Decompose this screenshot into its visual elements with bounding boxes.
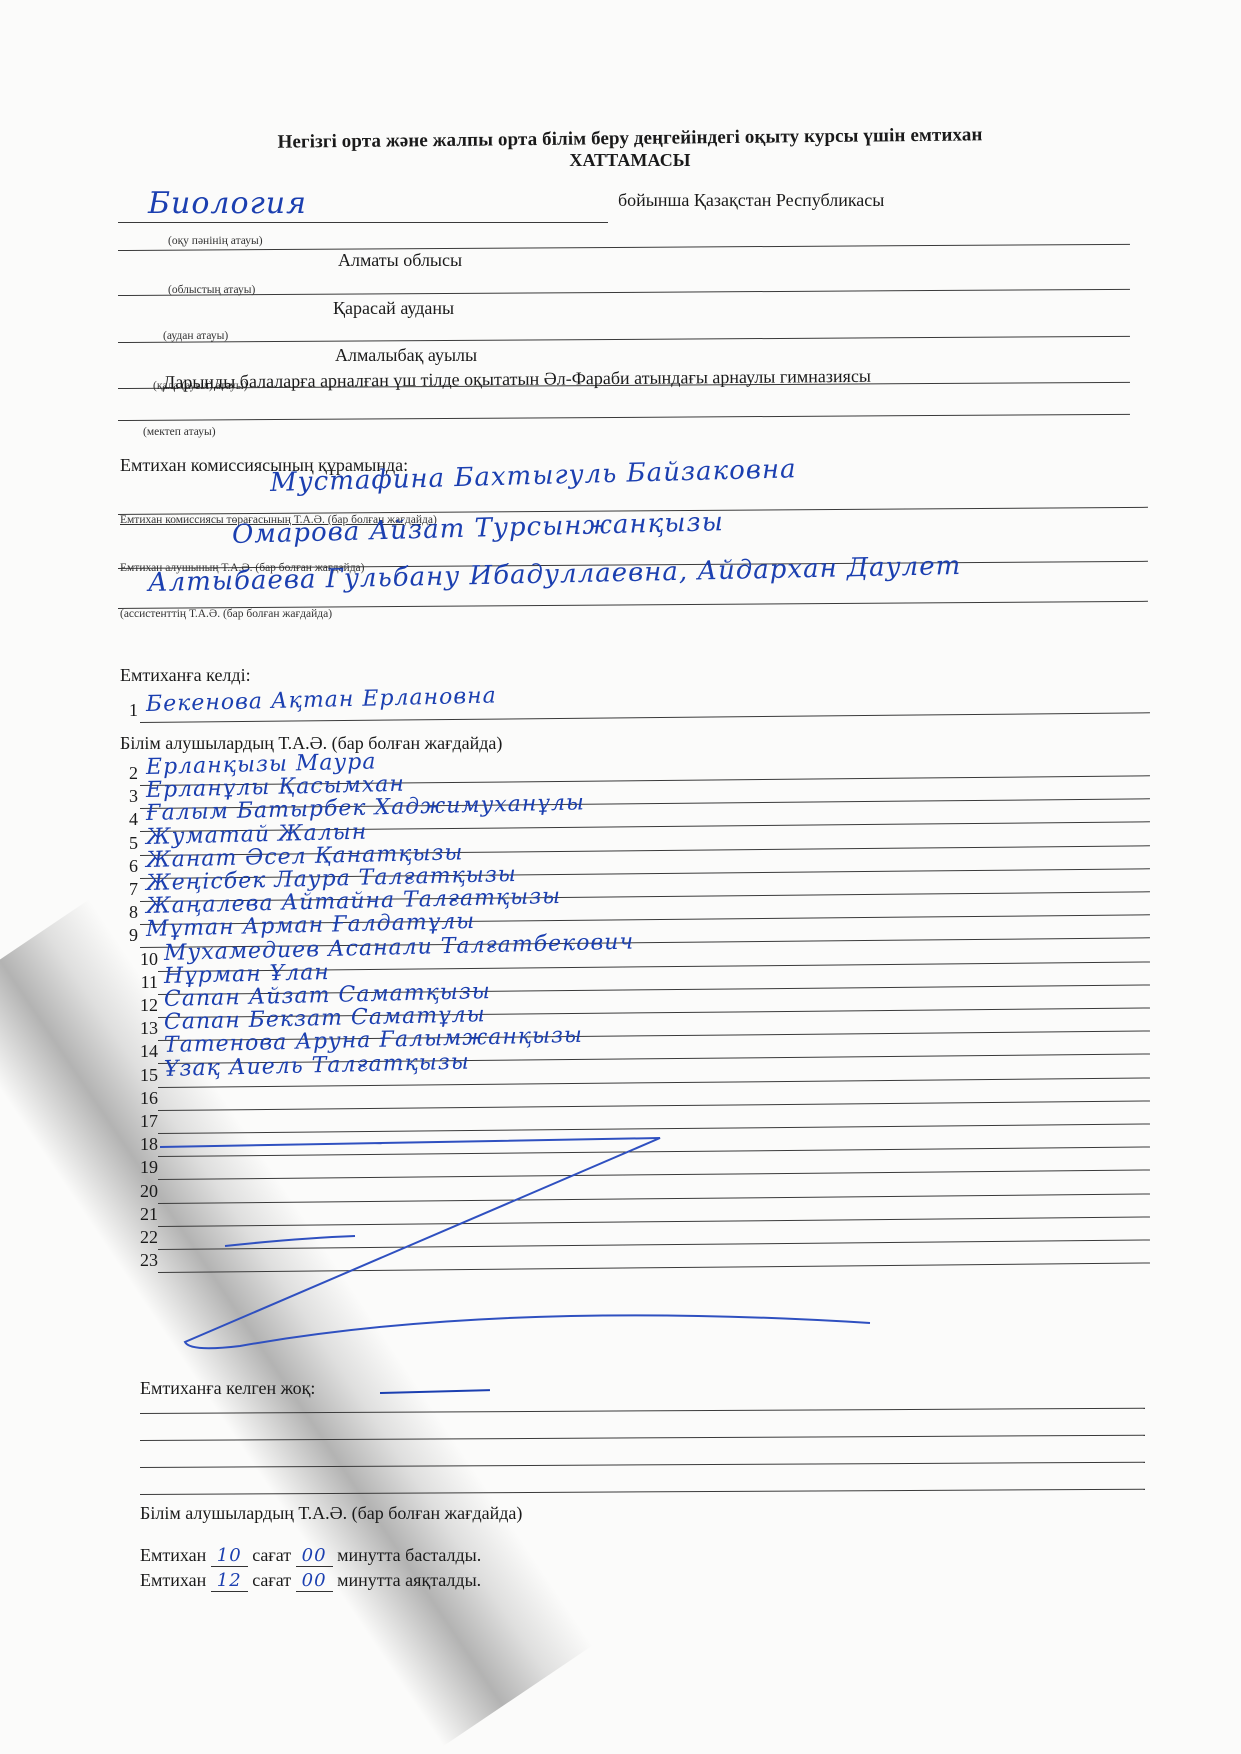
region-value: Алматы облысы [338,250,462,271]
student-row-number: 15 [128,1065,158,1086]
student-row-line [158,1100,1150,1111]
student-row-number: 8 [118,902,138,923]
student-row-number: 14 [128,1041,158,1062]
student-row-number: 20 [128,1181,158,1202]
student-row-line [158,1123,1150,1134]
school-caption: (мектеп атауы) [143,426,216,438]
student-row-number: 2 [118,763,138,784]
end-prefix: Емтихан [140,1570,206,1590]
student-row-number: 13 [128,1018,158,1039]
end-hour: 12 [211,1570,248,1592]
absent-heading: Емтиханға келген жоқ: [140,1378,315,1399]
student-row-number: 1 [118,700,138,721]
student-row-line [140,712,1150,723]
student-row-line [158,1147,1150,1158]
end-mid: сағат [252,1570,291,1590]
student-row-number: 7 [118,879,138,900]
locality-value: Алмалыбақ ауылы [335,345,477,366]
student-row-number: 6 [118,856,138,877]
student-row-number: 12 [128,995,158,1016]
student-row-number: 21 [128,1204,158,1225]
region-caption: (облыстың атауы) [168,284,255,296]
student-row-number: 18 [128,1134,158,1155]
student-row-number: 17 [128,1111,158,1132]
school-value: Дарынды балаларға арналған үш тілде оқыт… [163,366,871,393]
student-row-number: 19 [128,1157,158,1178]
end-suffix: минутта аяқталды. [337,1570,481,1590]
subject-value: Биология [148,186,307,221]
student-row-number: 23 [128,1250,158,1271]
start-suffix: минутта басталды. [337,1545,481,1565]
absent-caption: Білім алушылардың Т.А.Ә. (бар болған жағ… [140,1503,522,1524]
school-line [118,414,1130,421]
region-line [118,289,1130,296]
student-row-number: 4 [118,809,138,830]
district-caption: (аудан атауы) [163,330,228,342]
student-row-number: 22 [128,1227,158,1248]
assistant-caption: (ассистенттің Т.А.Ә. (бар болған жағдайд… [120,608,332,620]
subject-suffix: бойынша Қазақстан Республикасы [618,190,884,211]
attended-heading: Емтиханға келді: [120,665,251,686]
start-hour: 10 [211,1545,248,1567]
district-line [118,336,1130,343]
start-mid: сағат [252,1545,291,1565]
region-top-line [118,244,1130,251]
student-row-line [158,1193,1150,1204]
student-row-line [158,1170,1150,1181]
student-row-line [158,1077,1150,1088]
subject-caption: (оқу пәнінің атауы) [168,235,263,247]
start-prefix: Емтихан [140,1545,206,1565]
student-row-number: 16 [128,1088,158,1109]
document-subtitle: ХАТТАМАСЫ [150,150,1110,171]
assistant-value: Алтыбаева Гульбану Ибадуллаевна, Айдарха… [148,551,962,598]
district-value: Қарасай ауданы [333,298,454,319]
exam-protocol-page: Негізгі орта және жалпы орта білім беру … [0,0,1241,1754]
student-name: Бекенова Ақтан Ерлановна [146,683,497,717]
subject-line [118,222,608,223]
start-minute: 00 [296,1545,333,1567]
end-time-row: Емтихан 12 сағат 00 минутта аяқталды. [140,1570,481,1591]
student-row-number: 9 [118,925,138,946]
student-row-number: 5 [118,833,138,854]
student-row-number: 10 [128,949,158,970]
attended-caption: Білім алушылардың Т.А.Ә. (бар болған жағ… [120,733,502,754]
student-row-number: 3 [118,786,138,807]
end-minute: 00 [296,1570,333,1592]
student-row-number: 11 [128,972,158,993]
start-time-row: Емтихан 10 сағат 00 минутта басталды. [140,1545,481,1566]
